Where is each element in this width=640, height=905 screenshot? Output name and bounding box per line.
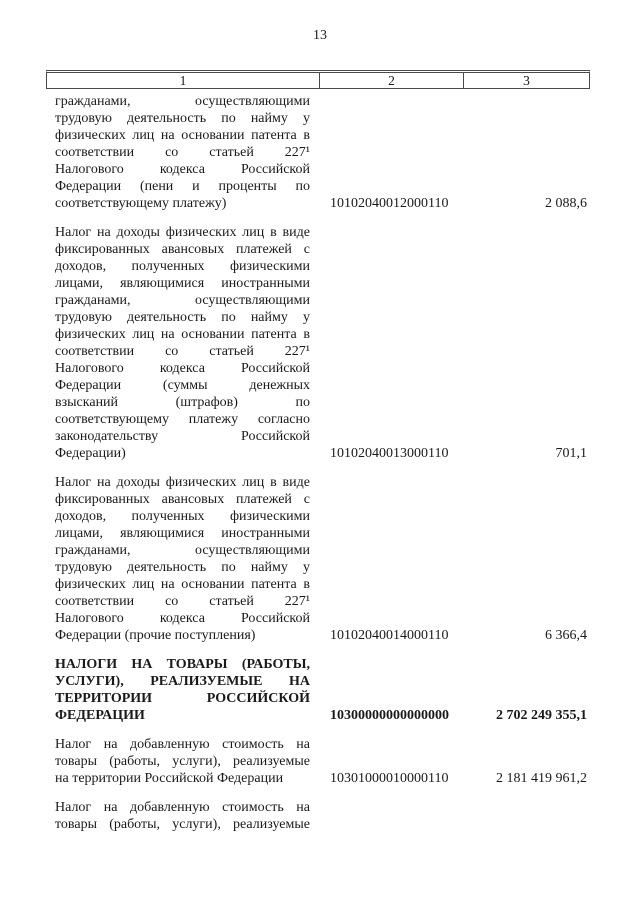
revenue-name-line: Налогового кодекса Российской [55, 610, 310, 627]
amount-cell: 701,1 [463, 445, 590, 462]
table-header-col-1: 1 [47, 73, 319, 88]
revenue-name-line: Федерации (пени и проценты по [55, 178, 310, 195]
revenue-name-line: трудовую деятельность по найму у [55, 110, 310, 127]
budget-code-cell: 10300000000000000 [318, 707, 463, 724]
revenue-name-cell: НАЛОГИ НА ТОВАРЫ (РАБОТЫ,УСЛУГИ), РЕАЛИЗ… [46, 656, 318, 724]
document-page: 13 1 2 3 гражданами, осуществляющимитруд… [0, 0, 640, 905]
revenue-name-line: товары (работы, услуги), реализуемые [55, 753, 310, 770]
revenue-name-line: Федерации) [55, 445, 310, 462]
revenue-name-line: законодательству Российской [55, 428, 310, 445]
revenue-name-cell: Налог на добавленную стоимость натовары … [46, 736, 318, 787]
budget-code-cell: 10102040013000110 [318, 445, 463, 462]
revenue-name-line: физических лиц на основании патента в [55, 127, 310, 144]
amount-cell: 2 181 419 961,2 [463, 770, 590, 787]
table-row: Налог на доходы физических лиц в видефик… [46, 224, 590, 462]
table-header-col-2: 2 [319, 73, 464, 88]
table-row: Налог на добавленную стоимость натовары … [46, 736, 590, 787]
revenue-name-cell: Налог на добавленную стоимость натовары … [46, 799, 318, 833]
revenue-name-cell: Налог на доходы физических лиц в видефик… [46, 224, 318, 462]
table-header-row: 1 2 3 [46, 70, 590, 89]
budget-code-cell: 10102040014000110 [318, 627, 463, 644]
table-row: гражданами, осуществляющимитрудовую деят… [46, 93, 590, 212]
revenue-name-line: трудовую деятельность по найму у [55, 309, 310, 326]
amount-cell: 6 366,4 [463, 627, 590, 644]
amount-cell: 2 702 249 355,1 [463, 707, 590, 724]
revenue-name-cell: Налог на доходы физических лиц в видефик… [46, 474, 318, 644]
revenue-name-line: трудовую деятельность по найму у [55, 559, 310, 576]
table-body: гражданами, осуществляющимитрудовую деят… [46, 93, 590, 833]
revenue-name-line: товары (работы, услуги), реализуемые [55, 816, 310, 833]
revenue-name-line: на территории Российской Федерации [55, 770, 310, 787]
revenue-name-line: Федерации (суммы денежных [55, 377, 310, 394]
revenue-name-line: гражданами, осуществляющими [55, 292, 310, 309]
page-number: 13 [0, 0, 640, 44]
revenue-name-line: Налогового кодекса Российской [55, 360, 310, 377]
revenue-name-line: УСЛУГИ), РЕАЛИЗУЕМЫЕ НА [55, 673, 310, 690]
revenue-name-line: физических лиц на основании патента в [55, 576, 310, 593]
revenue-name-line: соответствии со статьей 227¹ [55, 343, 310, 360]
revenue-name-line: Налог на доходы физических лиц в виде [55, 224, 310, 241]
revenue-name-line: лицами, являющимися иностранными [55, 275, 310, 292]
budget-revenue-table: 1 2 3 гражданами, осуществляющимитрудову… [46, 70, 590, 833]
table-row: НАЛОГИ НА ТОВАРЫ (РАБОТЫ,УСЛУГИ), РЕАЛИЗ… [46, 656, 590, 724]
budget-code-cell: 10102040012000110 [318, 195, 463, 212]
revenue-name-line: доходов, полученных физическими [55, 508, 310, 525]
revenue-name-line: НАЛОГИ НА ТОВАРЫ (РАБОТЫ, [55, 656, 310, 673]
revenue-name-line: лицами, являющимися иностранными [55, 525, 310, 542]
budget-code-cell: 10301000010000110 [318, 770, 463, 787]
revenue-name-line: ФЕДЕРАЦИИ [55, 707, 310, 724]
revenue-name-line: гражданами, осуществляющими [55, 93, 310, 110]
revenue-name-line: взысканий (штрафов) по [55, 394, 310, 411]
table-row: Налог на доходы физических лиц в видефик… [46, 474, 590, 644]
revenue-name-line: соответствии со статьей 227¹ [55, 144, 310, 161]
revenue-name-line: Налог на добавленную стоимость на [55, 799, 310, 816]
revenue-name-line: гражданами, осуществляющими [55, 542, 310, 559]
revenue-name-line: ТЕРРИТОРИИ РОССИЙСКОЙ [55, 690, 310, 707]
revenue-name-line: фиксированных авансовых платежей с [55, 241, 310, 258]
revenue-name-line: физических лиц на основании патента в [55, 326, 310, 343]
revenue-name-line: Налог на доходы физических лиц в виде [55, 474, 310, 491]
revenue-name-line: соответствующему платежу) [55, 195, 310, 212]
revenue-name-line: Налогового кодекса Российской [55, 161, 310, 178]
amount-cell: 2 088,6 [463, 195, 590, 212]
revenue-name-line: соответствующему платежу согласно [55, 411, 310, 428]
revenue-name-line: Налог на добавленную стоимость на [55, 736, 310, 753]
revenue-name-cell: гражданами, осуществляющимитрудовую деят… [46, 93, 318, 212]
revenue-name-line: доходов, полученных физическими [55, 258, 310, 275]
table-row: Налог на добавленную стоимость натовары … [46, 799, 590, 833]
revenue-name-line: фиксированных авансовых платежей с [55, 491, 310, 508]
revenue-name-line: соответствии со статьей 227¹ [55, 593, 310, 610]
table-header-col-3: 3 [464, 73, 589, 88]
revenue-name-line: Федерации (прочие поступления) [55, 627, 310, 644]
